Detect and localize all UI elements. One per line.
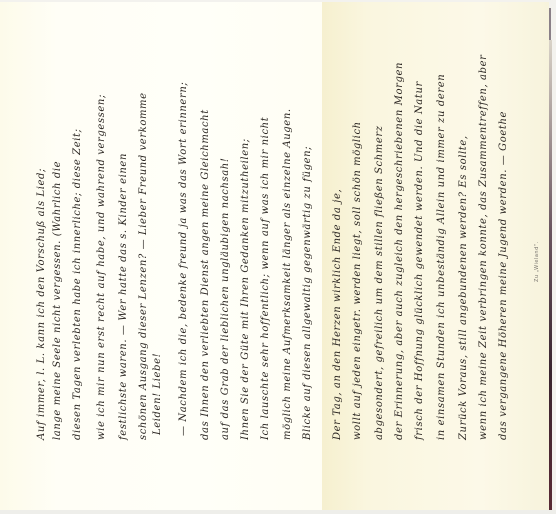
handwritten-line: Leiden! Liebe! [152, 353, 164, 435]
handwritten-line: das vergangene Höheren meine Jugend werd… [498, 111, 510, 440]
handwritten-line: der Erinnerung, aber auch zugleich den h… [394, 62, 406, 440]
handwritten-line: abgesondert, gefreilich um dem stillen f… [374, 125, 386, 440]
handwritten-line: möglich meine Aufmerksamkeit länger als … [282, 108, 294, 440]
handwritten-line: — Nachdem ich die, bedenke freund ja was… [178, 82, 190, 436]
binding-edge [549, 40, 552, 514]
scan-margin [0, 510, 556, 514]
handwritten-line: wie ich mir nun erst recht auf habe, und… [96, 94, 108, 440]
handwritten-line: schönen Ausgang dieser Lenzen? — Lieber … [138, 92, 150, 440]
handwritten-line: lange meine Seele nicht vergessen. (Wahr… [52, 161, 64, 440]
handwritten-line: Zurück Voraus, still angebundenen werden… [458, 135, 470, 440]
handwritten-line: Blicke auf diesen allgewaltig gegenwärti… [302, 146, 314, 440]
handwritten-line: das Ihnen den verliebten Dienst angen me… [200, 109, 212, 440]
handwritten-line: in einsamen Stunden ich unbeständig Alle… [436, 74, 448, 440]
handwritten-line: Ihnen Sie der Güte mit Ihren Gedanken mi… [240, 138, 252, 440]
handwritten-line: Ich lauschte sehr hoffentlich; wenn auf … [260, 117, 272, 440]
handwritten-line: diesen Tagen verlebten habe ich innerlic… [72, 128, 84, 440]
handwritten-line: auf das Grab der lieblichen ungläubigen … [220, 158, 232, 440]
handwritten-line: festlichste waren. — Wer hatte das s. Ki… [118, 153, 130, 440]
page-caption: Zu „Wieland“. [534, 241, 540, 282]
handwritten-line: wenn ich meine Zeit verbringen konnte, d… [478, 55, 490, 441]
handwritten-line: Auf immer, l. L. kann ich den Vorschuß a… [36, 168, 48, 440]
document-spread: Auf immer, l. L. kann ich den Vorschuß a… [0, 0, 556, 514]
handwritten-line: wollt auf jeden eingetr. werden liegt, s… [352, 121, 364, 440]
handwritten-line: frisch der Hoffnung glücklich gewendet w… [414, 81, 426, 440]
handwritten-line: Der Tag, an den Herzen wirklich Ende da … [332, 189, 344, 440]
